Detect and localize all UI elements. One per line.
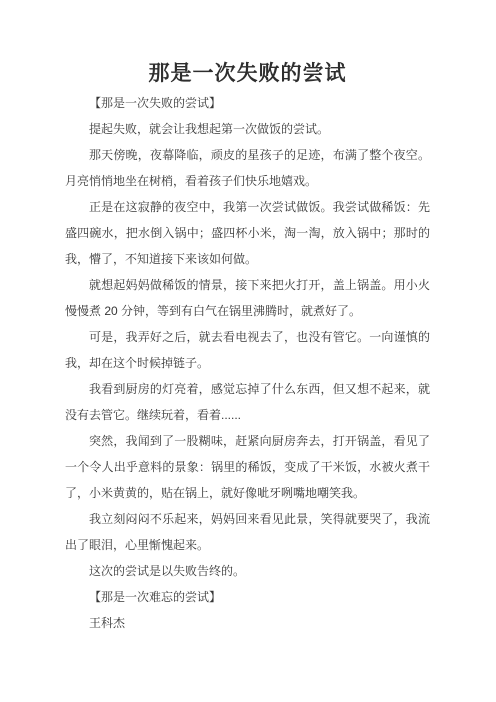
paragraph-kitchen-light: 我看到厨房的灯亮着，感觉忘掉了什么东西，但又想不起来，就没有去管它。继续玩着，看… — [65, 376, 430, 428]
paragraph-conclusion: 这次的尝试是以失败告终的。 — [65, 558, 430, 584]
document-page: 那是一次失败的尝试 【那是一次失败的尝试】 提起失败，就会让我想起第一次做饭的尝… — [0, 0, 496, 702]
paragraph-evening-scene: 那天傍晚，夜幕降临，顽皮的星孩子的足迹，布满了整个夜空。月亮悄悄地坐在树梢，看着… — [65, 142, 430, 194]
document-title: 那是一次失败的尝试 — [65, 57, 430, 90]
paragraph-burnt-smell: 突然，我闻到了一股糊味，赶紧向厨房奔去，打开锅盖，看见了一个令人出乎意料的景象：… — [65, 428, 430, 506]
paragraph-mother-returns: 我立刻闷闷不乐起来，妈妈回来看见此景，笑得就要哭了，我流出了眼泪，心里惭愧起来。 — [65, 506, 430, 558]
paragraph-subtitle-bracket: 【那是一次失败的尝试】 — [65, 90, 430, 116]
paragraph-first-attempt: 正是在这寂静的夜空中，我第一次尝试做饭。我尝试做稀饭：先盛四碗水，把水倒入锅中；… — [65, 194, 430, 272]
paragraph-author-name: 王科杰 — [65, 610, 430, 636]
paragraph-watching-tv: 可是，我弄好之后，就去看电视去了，也没有管它。一向谨慎的我，却在这个时候掉链子。 — [65, 324, 430, 376]
paragraph-next-title-bracket: 【那是一次难忘的尝试】 — [65, 584, 430, 610]
paragraph-intro: 提起失败，就会让我想起第一次做饭的尝试。 — [65, 116, 430, 142]
paragraph-cooking-steps: 就想起妈妈做稀饭的情景，接下来把火打开，盖上锅盖。用小火慢慢煮 20 分钟，等到… — [65, 272, 430, 324]
